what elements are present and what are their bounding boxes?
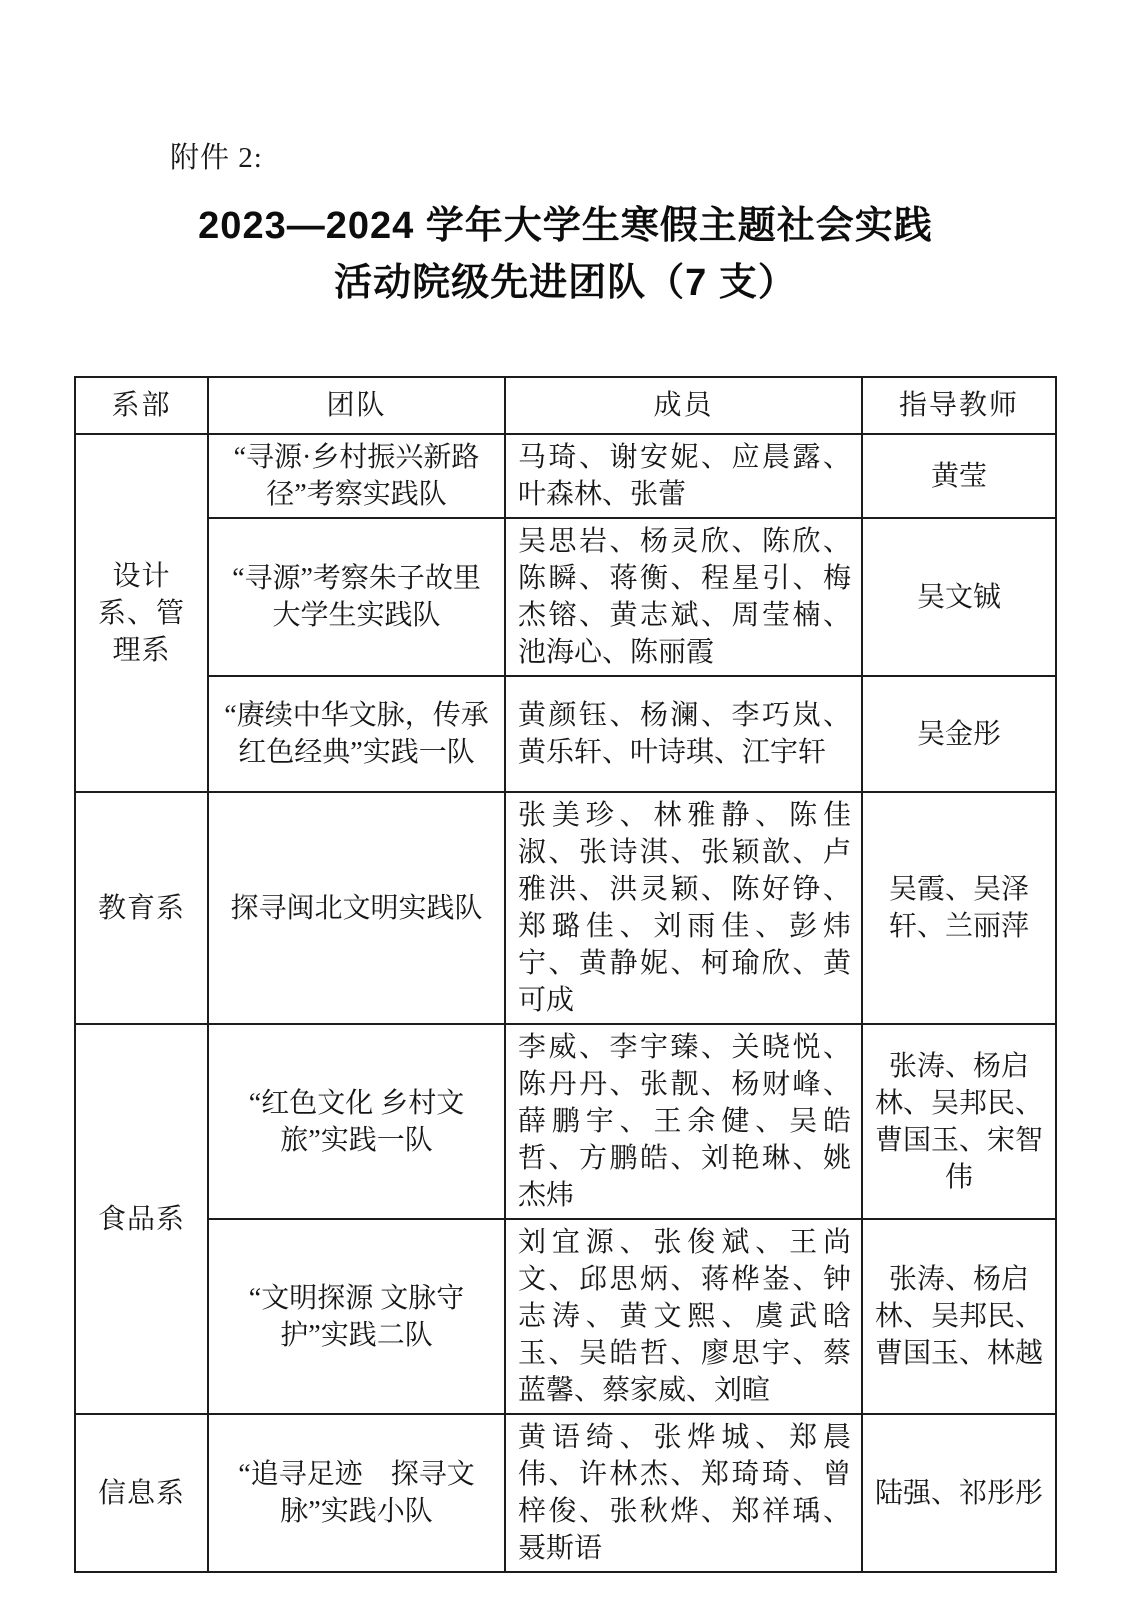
department-cell: 教育系 — [75, 792, 208, 1024]
members-cell: 张美珍、林雅静、陈佳淑、张诗淇、张颖歆、卢雅洪、洪灵颖、陈好铮、郑璐佳、刘雨佳、… — [505, 792, 862, 1024]
attachment-label: 附件 2: — [170, 138, 1131, 178]
header-department: 系部 — [75, 377, 208, 434]
team-cell: “追寻足迹 探寻文脉”实践小队 — [208, 1414, 505, 1572]
advisor-cell: 吴文铖 — [862, 518, 1056, 676]
members-cell: 黄语绮、张烨城、郑晨伟、许林杰、郑琦琦、曾梓俊、张秋烨、郑祥瑀、聂斯语 — [505, 1414, 862, 1572]
team-cell: “文明探源 文脉守护”实践二队 — [208, 1219, 505, 1414]
table-row: 食品系 “红色文化 乡村文旅”实践一队 李威、李宇臻、关晓悦、陈丹丹、张靓、杨财… — [75, 1024, 1056, 1219]
header-members: 成员 — [505, 377, 862, 434]
header-advisor: 指导教师 — [862, 377, 1056, 434]
team-cell: 探寻闽北文明实践队 — [208, 792, 505, 1024]
advisor-cell: 吴霞、吴泽轩、兰丽萍 — [862, 792, 1056, 1024]
advisor-cell: 黄莹 — [862, 434, 1056, 518]
table-row: 设计系、管理系 “寻源·乡村振兴新路径”考察实践队 马琦、谢安妮、应晨露、叶森林… — [75, 434, 1056, 518]
members-cell: 黄颜钰、杨澜、李巧岚、黄乐轩、叶诗琪、江宇轩 — [505, 676, 862, 792]
teams-table: 系部 团队 成员 指导教师 设计系、管理系 “寻源·乡村振兴新路径”考察实践队 … — [74, 376, 1057, 1573]
advisor-cell: 吴金彤 — [862, 676, 1056, 792]
team-cell: “寻源·乡村振兴新路径”考察实践队 — [208, 434, 505, 518]
team-cell: “赓续中华文脉，传承红色经典”实践一队 — [208, 676, 505, 792]
table-row: 信息系 “追寻足迹 探寻文脉”实践小队 黄语绮、张烨城、郑晨伟、许林杰、郑琦琦、… — [75, 1414, 1056, 1572]
department-cell: 食品系 — [75, 1024, 208, 1414]
members-cell: 吴思岩、杨灵欣、陈欣、陈瞬、蒋衡、程星引、梅杰镕、黄志斌、周莹楠、池海心、陈丽霞 — [505, 518, 862, 676]
header-team: 团队 — [208, 377, 505, 434]
team-cell: “红色文化 乡村文旅”实践一队 — [208, 1024, 505, 1219]
department-cell: 信息系 — [75, 1414, 208, 1572]
advisor-cell: 张涛、杨启林、吴邦民、曹国玉、宋智伟 — [862, 1024, 1056, 1219]
table-row: “文明探源 文脉守护”实践二队 刘宜源、张俊斌、王尚文、邱思炳、蒋桦崟、钟志涛、… — [75, 1219, 1056, 1414]
members-cell: 李威、李宇臻、关晓悦、陈丹丹、张靓、杨财峰、薛鹏宇、王余健、吴皓哲、方鹏皓、刘艳… — [505, 1024, 862, 1219]
advisor-cell: 张涛、杨启林、吴邦民、曹国玉、林越 — [862, 1219, 1056, 1414]
department-cell: 设计系、管理系 — [75, 434, 208, 792]
advisor-cell: 陆强、祁彤彤 — [862, 1414, 1056, 1572]
table-row: “寻源”考察朱子故里大学生实践队 吴思岩、杨灵欣、陈欣、陈瞬、蒋衡、程星引、梅杰… — [75, 518, 1056, 676]
table-row: 教育系 探寻闽北文明实践队 张美珍、林雅静、陈佳淑、张诗淇、张颖歆、卢雅洪、洪灵… — [75, 792, 1056, 1024]
table-header-row: 系部 团队 成员 指导教师 — [75, 377, 1056, 434]
document-page: 附件 2: 2023—2024 学年大学生寒假主题社会实践 活动院级先进团队（7… — [0, 0, 1131, 1573]
members-cell: 刘宜源、张俊斌、王尚文、邱思炳、蒋桦崟、钟志涛、黄文熙、虞武晗玉、吴皓哲、廖思宇… — [505, 1219, 862, 1414]
members-cell: 马琦、谢安妮、应晨露、叶森林、张蕾 — [505, 434, 862, 518]
table-row: “赓续中华文脉，传承红色经典”实践一队 黄颜钰、杨澜、李巧岚、黄乐轩、叶诗琪、江… — [75, 676, 1056, 792]
document-title-line1: 2023—2024 学年大学生寒假主题社会实践 — [0, 198, 1131, 255]
document-title: 2023—2024 学年大学生寒假主题社会实践 活动院级先进团队（7 支） — [0, 198, 1131, 312]
document-title-line2: 活动院级先进团队（7 支） — [0, 255, 1131, 312]
team-cell: “寻源”考察朱子故里大学生实践队 — [208, 518, 505, 676]
